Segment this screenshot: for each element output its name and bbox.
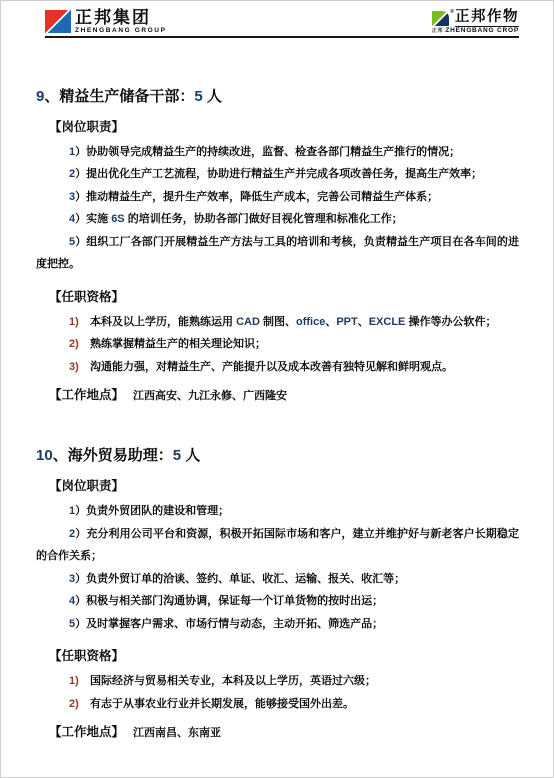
duty-item: 5）组织工厂各部门开展精益生产方法与工具的培训和考核，负责精益生产项目在各车间的… <box>36 231 519 276</box>
zhengbang-group-logo: 正邦集团 ZHENGBANG GROUP <box>45 9 167 35</box>
qualification-text: 本科及以上学历，能熟练运用 CAD 制图、office、PPT、EXCLE 操作… <box>90 316 496 328</box>
job-section-10: 10、海外贸易助理：5 人 【岗位职责】 1）负责外贸团队的建设和管理； 2）充… <box>36 446 519 742</box>
duty-item: 3）推动精益生产，提升生产效率，降低生产成本，完善公司精益生产体系； <box>36 186 519 209</box>
duty-item: 4）积极与相关部门沟通协调，保证每一个订单货物的按时出运； <box>36 590 519 613</box>
section-delimiter: 、 <box>53 447 68 464</box>
qualification-number: 2) <box>69 693 90 716</box>
qualifications-label: 【任职资格】 <box>49 648 519 665</box>
qualifications-list: 1)国际经济与贸易相关专业，本科及以上学历，英语过六级； 2)有志于从事农业行业… <box>36 670 519 715</box>
work-location-label: 【工作地点】 <box>49 387 124 404</box>
group-logo-cn: 正邦集团 <box>75 9 167 26</box>
page-header: 正邦集团 ZHENGBANG GROUP ® 正邦作物 正邦 ZHENGBANG… <box>45 9 519 38</box>
section-delimiter: 、 <box>44 88 59 105</box>
duty-item: 1）负责外贸团队的建设和管理； <box>36 500 519 523</box>
duty-text: 负责外贸团队的建设和管理； <box>86 505 229 517</box>
headcount: 5 <box>173 447 181 464</box>
duty-paren: ） <box>75 505 86 517</box>
crop-logo-mini-cn: 正邦 <box>432 29 444 34</box>
duty-text: 协助领导完成精益生产的持续改进，监督、检查各部门精益生产推行的情况； <box>86 146 460 158</box>
zhengbang-group-logo-icon <box>45 10 71 33</box>
duty-item: 1）协助领导完成精益生产的持续改进，监督、检查各部门精益生产推行的情况； <box>36 141 519 164</box>
work-location-row: 【工作地点】江西高安、九江永修、广西隆安 <box>36 387 519 405</box>
work-location-value: 江西高安、九江永修、广西隆安 <box>133 388 287 405</box>
duty-item: 2）提出优化生产工艺流程，协助进行精益生产并完成各项改善任务，提高生产效率； <box>36 163 519 186</box>
qualification-item: 3)沟通能力强，对精益生产、产能提升以及成本改善有独特见解和鲜明观点。 <box>36 356 519 379</box>
duty-item: 5）及时掌握客户需求、市场行情与动态，主动开拓、筛选产品； <box>36 613 519 636</box>
duty-text: 充分利用公司平台和资源，积极开拓国际市场和客户，建立并维护好与新老客户长期稳定的… <box>36 528 519 563</box>
headcount: 5 <box>194 88 202 105</box>
qualification-item: 2)有志于从事农业行业并长期发展，能够接受国外出差。 <box>36 693 519 716</box>
section-title: 9、精益生产储备干部：5 人 <box>36 87 519 106</box>
section-number: 10 <box>36 447 53 464</box>
duty-text: 积极与相关部门沟通协调，保证每一个订单货物的按时出运； <box>86 595 383 607</box>
duty-text: 及时掌握客户需求、市场行情与动态，主动开拓、筛选产品； <box>86 618 383 630</box>
group-logo-en: ZHENGBANG GROUP <box>75 28 167 35</box>
qualification-number: 1) <box>69 311 90 334</box>
headcount-unit: 人 <box>203 88 222 105</box>
qualification-text: 熟练掌握精益生产的相关理论知识； <box>90 338 266 350</box>
duty-item: 3）负责外贸订单的洽谈、签约、单证、收汇、运输、报关、收汇等； <box>36 568 519 591</box>
qualification-number: 1) <box>69 670 90 693</box>
qualification-text: 沟通能力强，对精益生产、产能提升以及成本改善有独特见解和鲜明观点。 <box>90 361 453 373</box>
duty-text: 实施 6S 的培训任务，协助各部门做好目视化管理和标准化工作； <box>86 213 403 225</box>
duties-label: 【岗位职责】 <box>49 478 519 495</box>
zhengbang-crop-logo: ® 正邦作物 正邦 ZHENGBANG CROP <box>432 10 519 35</box>
section-title: 10、海外贸易助理：5 人 <box>36 446 519 465</box>
duty-text: 推动精益生产，提升生产效率，降低生产成本，完善公司精益生产体系； <box>86 191 438 203</box>
crop-logo-cn: 正邦作物 <box>455 10 519 27</box>
headcount-unit: 人 <box>181 447 200 464</box>
qualification-item: 1)国际经济与贸易相关专业，本科及以上学历，英语过六级； <box>36 670 519 693</box>
duty-paren: ） <box>75 595 86 607</box>
qualification-item: 2)熟练掌握精益生产的相关理论知识； <box>36 333 519 356</box>
work-location-row: 【工作地点】江西南昌、东南亚 <box>36 724 519 742</box>
job-title-text: 精益生产储备干部： <box>59 88 194 105</box>
duty-text: 负责外贸订单的洽谈、签约、单证、收汇、运输、报关、收汇等； <box>86 573 405 585</box>
qualification-number: 2) <box>69 333 90 356</box>
duties-list: 1）负责外贸团队的建设和管理； 2）充分利用公司平台和资源，积极开拓国际市场和客… <box>36 500 519 635</box>
job-title-text: 海外贸易助理： <box>68 447 173 464</box>
duty-paren: ） <box>75 573 86 585</box>
duty-paren: ） <box>75 146 86 158</box>
qualification-text: 国际经济与贸易相关专业，本科及以上学历，英语过六级； <box>90 675 376 687</box>
job-section-9: 9、精益生产储备干部：5 人 【岗位职责】 1）协助领导完成精益生产的持续改进，… <box>36 87 519 406</box>
qualification-item: 1)本科及以上学历，能熟练运用 CAD 制图、office、PPT、EXCLE … <box>36 311 519 334</box>
document-page: 正邦集团 ZHENGBANG GROUP ® 正邦作物 正邦 ZHENGBANG… <box>0 0 554 778</box>
duties-label: 【岗位职责】 <box>49 119 519 136</box>
duty-text: 组织工厂各部门开展精益生产方法与工具的培训和考核，负责精益生产项目在各车间的进度… <box>36 236 519 271</box>
duty-text: 提出优化生产工艺流程，协助进行精益生产并完成各项改善任务，提高生产效率； <box>86 168 482 180</box>
work-location-label: 【工作地点】 <box>49 724 124 741</box>
zhengbang-group-logo-text: 正邦集团 ZHENGBANG GROUP <box>75 9 167 35</box>
crop-logo-en: 正邦 ZHENGBANG CROP <box>432 28 519 35</box>
qualifications-list: 1)本科及以上学历，能熟练运用 CAD 制图、office、PPT、EXCLE … <box>36 311 519 379</box>
qualifications-label: 【任职资格】 <box>49 289 519 306</box>
duty-item: 2）充分利用公司平台和资源，积极开拓国际市场和客户，建立并维护好与新老客户长期稳… <box>36 523 519 568</box>
crop-logo-en-text: ZHENGBANG CROP <box>445 28 519 35</box>
registered-trademark-icon: ® <box>450 10 454 15</box>
duty-paren: ） <box>75 191 86 203</box>
duties-list: 1）协助领导完成精益生产的持续改进，监督、检查各部门精益生产推行的情况； 2）提… <box>36 141 519 276</box>
duty-paren: ） <box>75 213 86 225</box>
work-location-value: 江西南昌、东南亚 <box>133 725 221 742</box>
crop-logo-row: ® 正邦作物 <box>432 10 519 27</box>
qualification-text: 有志于从事农业行业并长期发展，能够接受国外出差。 <box>90 698 354 710</box>
duty-item: 4）实施 6S 的培训任务，协助各部门做好目视化管理和标准化工作； <box>36 208 519 231</box>
duty-paren: ） <box>75 528 86 540</box>
duty-paren: ） <box>75 618 86 630</box>
duty-paren: ） <box>75 236 86 248</box>
qualification-number: 3) <box>69 356 90 379</box>
zhengbang-crop-logo-icon <box>432 11 449 26</box>
duty-paren: ） <box>75 168 86 180</box>
